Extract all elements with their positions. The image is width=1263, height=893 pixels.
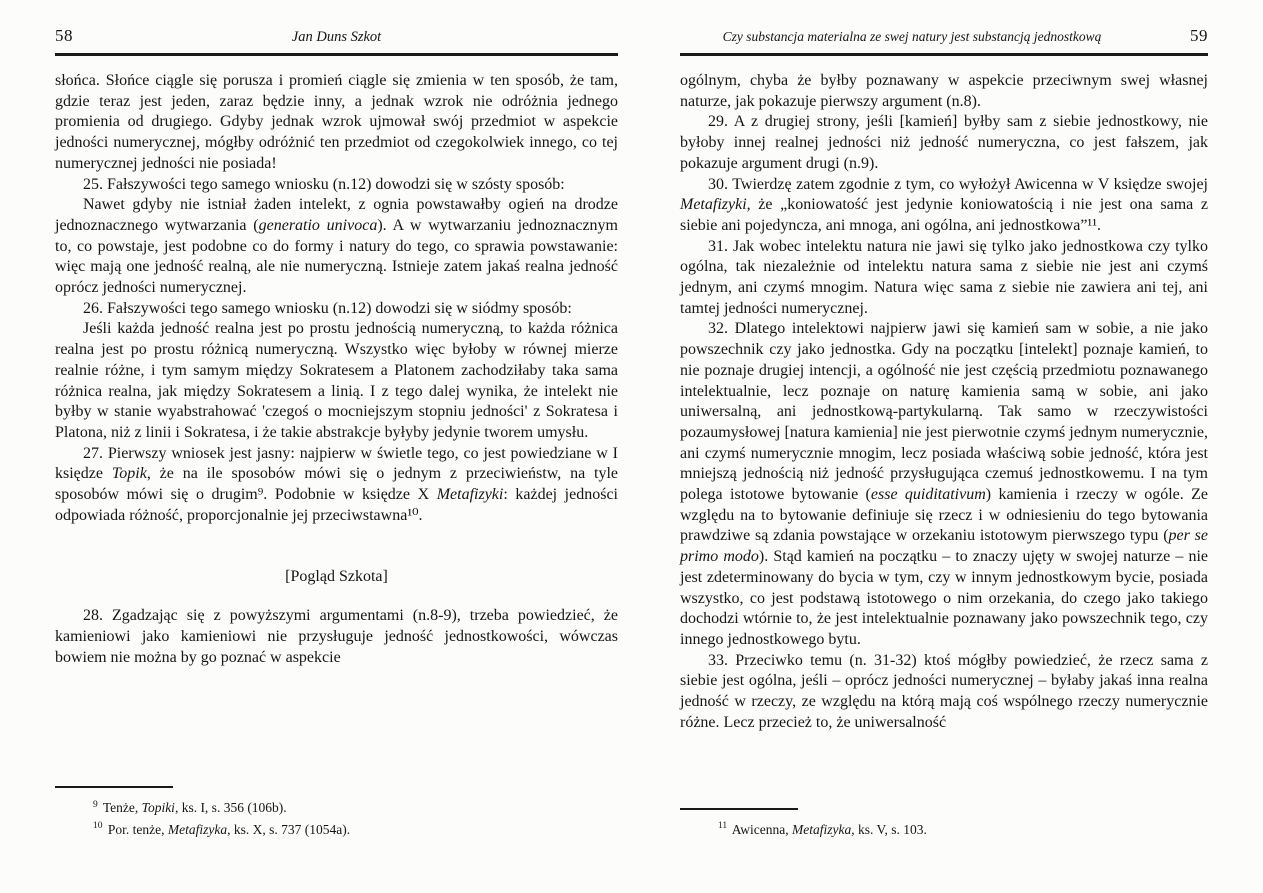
- paragraph: ogólnym, chyba że byłby poznawany w aspe…: [680, 71, 1208, 112]
- footnote: 9 Tenże, Topiki, ks. I, s. 356 (106b).: [55, 797, 618, 819]
- page-header-right: Czy substancja materialna ze swej natury…: [680, 26, 1208, 48]
- text-run: ). Stąd kamień na początku – to znaczy u…: [680, 548, 1208, 648]
- italic-text-run: Topik: [112, 465, 147, 482]
- footnote-area-right: 11 Awicenna, Metafizyka, ks. V, s. 103.: [680, 808, 1208, 841]
- text-run: słońca. Słońce ciągle się porusza i prom…: [55, 72, 618, 172]
- footnote-area-left: 9 Tenże, Topiki, ks. I, s. 356 (106b).10…: [55, 786, 618, 840]
- paragraph: 33. Przeciwko temu (n. 31-32) ktoś mógłb…: [680, 651, 1208, 734]
- paragraph: 25. Fałszywości tego samego wniosku (n.1…: [55, 175, 618, 196]
- running-head-left: Jan Duns Szkot: [55, 29, 618, 46]
- text-run: ogólnym, chyba że byłby poznawany w aspe…: [680, 72, 1208, 110]
- italic-text-run: esse quiditativum: [871, 486, 986, 503]
- text-run: , ks. V, s. 103.: [851, 822, 927, 837]
- book-spread: 58 Jan Duns Szkot słońca. Słońce ciągle …: [0, 0, 1263, 893]
- text-run: Por. tenże,: [105, 822, 168, 837]
- page-number-right: 59: [1190, 26, 1208, 46]
- text-run: Jeśli każda jedność realna jest po prost…: [55, 320, 618, 441]
- footnote-marker: 10: [93, 821, 103, 831]
- text-run: 26. Fałszywości tego samego wniosku (n.1…: [83, 300, 572, 317]
- section-heading: [Pogląd Szkota]: [55, 567, 618, 588]
- paragraph: słońca. Słońce ciągle się porusza i prom…: [55, 71, 618, 175]
- page-body-left: słońca. Słońce ciągle się porusza i prom…: [55, 71, 618, 668]
- text-run: 28. Zgadzając się z powyższymi argumenta…: [55, 607, 618, 665]
- footnotes-left: 9 Tenże, Topiki, ks. I, s. 356 (106b).10…: [55, 797, 618, 840]
- text-run: 31. Jak wobec intelektu natura nie jawi …: [680, 238, 1208, 317]
- text-run: Awicenna,: [729, 822, 792, 837]
- footnote-separator-left: [55, 786, 173, 788]
- page-header-left: 58 Jan Duns Szkot: [55, 26, 618, 48]
- italic-text-run: Metafizyki: [437, 486, 504, 503]
- footnote-marker: 9: [93, 800, 98, 810]
- italic-text-run: Metafizyka: [792, 822, 851, 837]
- text-run: , że „koniowatość jest jedynie koniowato…: [680, 196, 1208, 234]
- italic-text-run: Metafizyka: [168, 822, 227, 837]
- paragraph: 29. A z drugiej strony, jeśli [kamień] b…: [680, 112, 1208, 174]
- paragraph: 30. Twierdzę zatem zgodnie z tym, co wył…: [680, 175, 1208, 237]
- paragraph: 26. Fałszywości tego samego wniosku (n.1…: [55, 299, 618, 320]
- footnote-marker: 11: [718, 821, 727, 831]
- italic-text-run: Topiki: [142, 800, 175, 815]
- paragraph: 28. Zgadzając się z powyższymi argumenta…: [55, 606, 618, 668]
- text-run: 32. Dlatego intelektowi najpierw jawi si…: [680, 320, 1208, 503]
- text-run: 33. Przeciwko temu (n. 31-32) ktoś mógłb…: [680, 652, 1208, 731]
- paragraph: Jeśli każda jedność realna jest po prost…: [55, 319, 618, 443]
- text-run: 25. Fałszywości tego samego wniosku (n.1…: [83, 176, 565, 193]
- header-rule-left: [55, 53, 618, 56]
- footnote-separator-right: [680, 808, 798, 810]
- text-run: 29. A z drugiej strony, jeśli [kamień] b…: [680, 113, 1208, 171]
- italic-text-run: Metafizyki: [680, 196, 747, 213]
- text-run: Tenże,: [100, 800, 142, 815]
- header-rule-right: [680, 53, 1208, 56]
- text-run: [Pogląd Szkota]: [285, 568, 388, 585]
- paragraph: Nawet gdyby nie istniał żaden intelekt, …: [55, 195, 618, 299]
- paragraph: 32. Dlatego intelektowi najpierw jawi si…: [680, 319, 1208, 650]
- paragraph: 27. Pierwszy wniosek jest jasny: najpier…: [55, 444, 618, 527]
- running-head-right: Czy substancja materialna ze swej natury…: [680, 29, 1144, 45]
- text-run: , ks. I, s. 356 (106b).: [175, 800, 287, 815]
- page-body-right: ogólnym, chyba że byłby poznawany w aspe…: [680, 71, 1208, 734]
- page-left: 58 Jan Duns Szkot słońca. Słońce ciągle …: [55, 26, 618, 846]
- footnotes-right: 11 Awicenna, Metafizyka, ks. V, s. 103.: [680, 819, 1208, 841]
- footnote: 11 Awicenna, Metafizyka, ks. V, s. 103.: [680, 819, 1208, 841]
- paragraph: 31. Jak wobec intelektu natura nie jawi …: [680, 237, 1208, 320]
- italic-text-run: generatio univoca: [259, 217, 378, 234]
- text-run: , ks. X, s. 737 (1054a).: [227, 822, 350, 837]
- footnote: 10 Por. tenże, Metafizyka, ks. X, s. 737…: [55, 819, 618, 841]
- text-run: 30. Twierdzę zatem zgodnie z tym, co wył…: [708, 176, 1208, 193]
- page-right: Czy substancja materialna ze swej natury…: [680, 26, 1208, 846]
